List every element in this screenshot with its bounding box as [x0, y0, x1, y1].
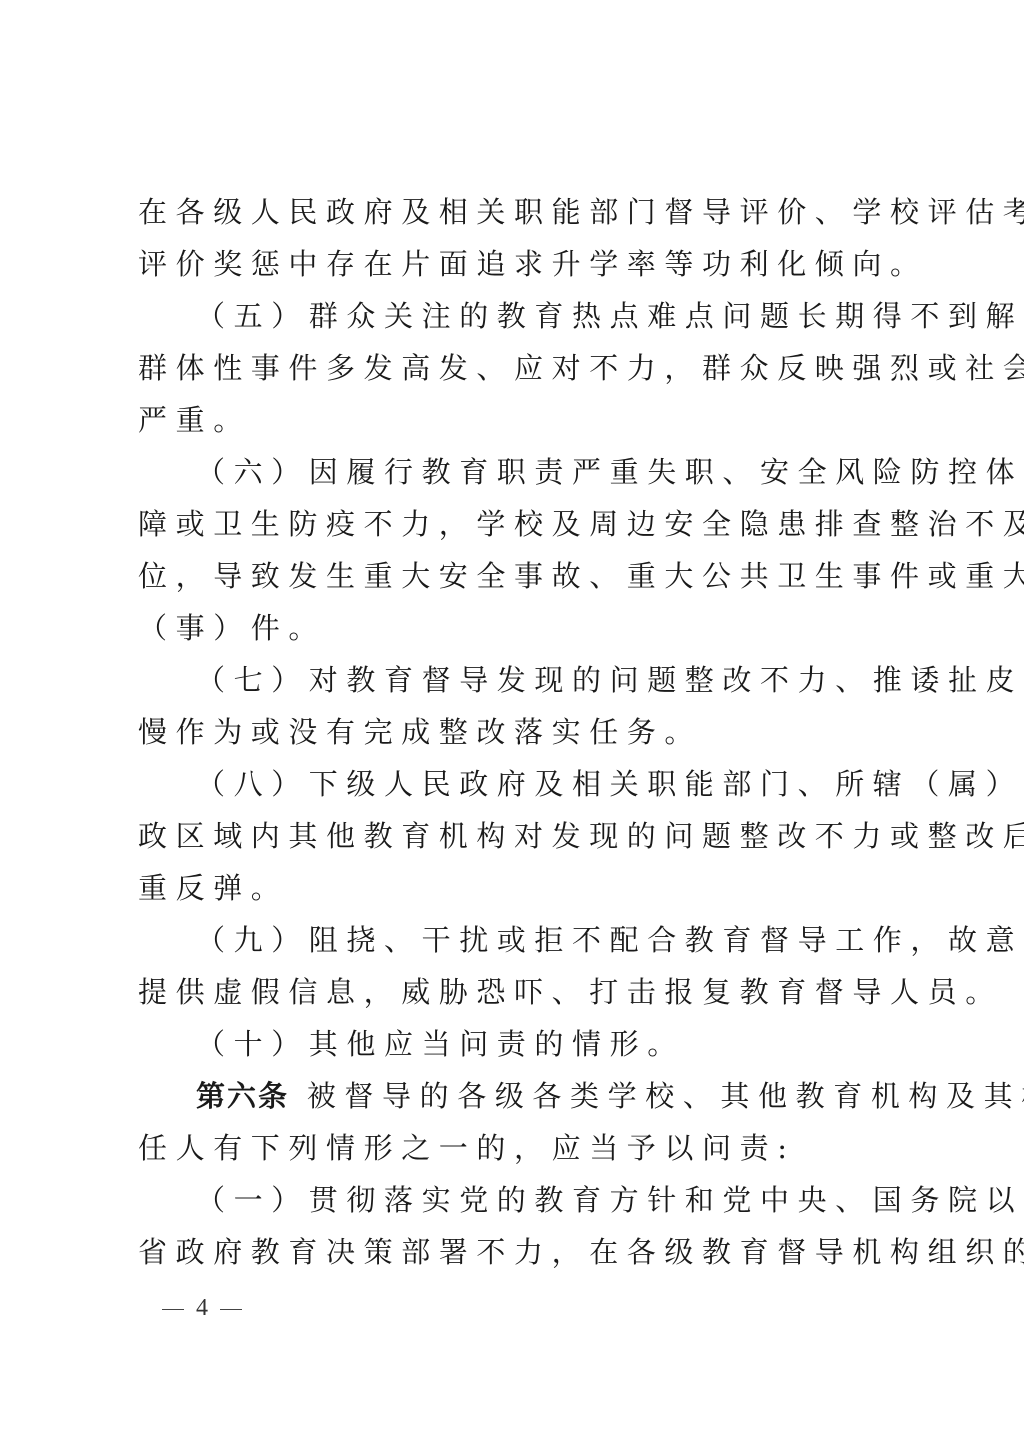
list-item-8: （八）下级人民政府及相关职能部门、所辖（属）学校和行 — [138, 758, 898, 810]
dash-left — [162, 1309, 184, 1311]
dash-right — [220, 1309, 242, 1311]
text-line: 位，导致发生重大安全事故、重大公共卫生事件或重大涉校案 — [138, 550, 898, 602]
text-line: 群体性事件多发高发、应对不力，群众反映强烈或社会负面影响 — [138, 342, 898, 394]
text-line: 提供虚假信息，威胁恐吓、打击报复教育督导人员。 — [138, 966, 898, 1018]
list-item-7: （七）对教育督导发现的问题整改不力、推诿扯皮、不作为、 — [138, 654, 898, 706]
article-6-item-1: （一）贯彻落实党的教育方针和党中央、国务院以及省委、 — [138, 1174, 898, 1226]
article-6-heading: 第六条 — [196, 1079, 289, 1113]
text-line: 严重。 — [138, 394, 898, 446]
text-line: 省政府教育决策部署不力，在各级教育督导机构组织的评估监 — [138, 1226, 898, 1278]
list-item-6: （六）因履行教育职责严重失职、安全风险防控体系建设保 — [138, 446, 898, 498]
text-line: 任人有下列情形之一的，应当予以问责: — [138, 1122, 898, 1174]
list-item-10: （十）其他应当问责的情形。 — [138, 1018, 898, 1070]
page-number: 4 — [162, 1293, 242, 1323]
list-item-5: （五）群众关注的教育热点难点问题长期得不到解决，教育 — [138, 290, 898, 342]
text-line: 慢作为或没有完成整改落实任务。 — [138, 706, 898, 758]
article-6-paragraph: 第六条 被督导的各级各类学校、其他教育机构及其相关责 — [138, 1070, 898, 1122]
text-line: 重反弹。 — [138, 862, 898, 914]
page-number-value: 4 — [184, 1293, 220, 1323]
text-line: （事）件。 — [138, 602, 898, 654]
text-line: 评价奖惩中存在片面追求升学率等功利化倾向。 — [138, 238, 898, 290]
text-line: 障或卫生防疫不力，学校及周边安全隐患排查整治不及时、不到 — [138, 498, 898, 550]
document-body: 在各级人民政府及相关职能部门督导评价、学校评估考核和教师 评价奖惩中存在片面追求… — [138, 186, 898, 1278]
text-line: 在各级人民政府及相关职能部门督导评价、学校评估考核和教师 — [138, 186, 898, 238]
list-item-9: （九）阻挠、干扰或拒不配合教育督导工作，故意隐瞒实情、 — [138, 914, 898, 966]
article-6-text: 被督导的各级各类学校、其他教育机构及其相关责 — [289, 1079, 1024, 1113]
text-line: 政区域内其他教育机构对发现的问题整改不力或整改后出现严 — [138, 810, 898, 862]
